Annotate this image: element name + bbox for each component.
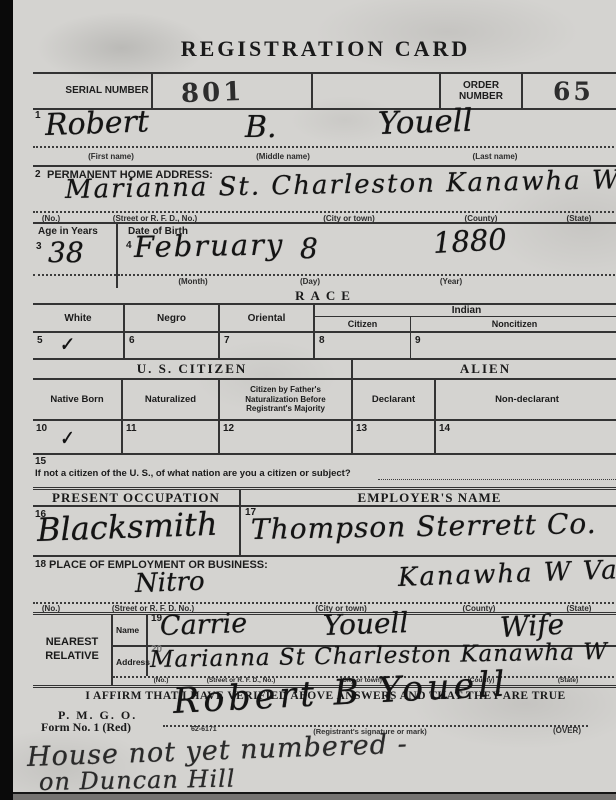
- declarant-cell: 13: [353, 421, 436, 453]
- row-number-1: 1: [35, 110, 41, 121]
- print-code: 62-6171: [191, 726, 217, 733]
- occupation-value-row: 16 Blacksmith 17 Thompson Sterrett Co.: [33, 507, 616, 555]
- native-born-label: Native Born: [33, 380, 123, 419]
- dob-year-value: 1880: [432, 222, 507, 260]
- serial-blank-cell: [313, 74, 441, 108]
- citizenship-headers: U. S. CITIZEN ALIEN: [33, 360, 616, 380]
- race-col-negro: Negro 6: [125, 305, 220, 358]
- employment-city-value: Nitro: [134, 567, 205, 599]
- race-indian-citizen-label: Citizen: [315, 317, 410, 333]
- employment-county-state-value: Kanawha W Va: [397, 555, 616, 593]
- age-value: 38: [48, 236, 84, 269]
- dob-day-value: 8: [300, 232, 318, 265]
- row-number-15: 15: [35, 456, 46, 467]
- relative-address-field-label: Address: [113, 647, 148, 676]
- naturalized-label: Naturalized: [123, 380, 220, 419]
- us-citizen-header: U. S. CITIZEN: [33, 360, 353, 378]
- serial-number-cell: 801: [153, 74, 313, 108]
- first-name-caption: (First name): [88, 152, 134, 161]
- non-declarant-cell: 14: [436, 421, 616, 453]
- race-col-oriental: Oriental 7: [220, 305, 315, 358]
- row-number-9: 9: [415, 335, 421, 346]
- order-number-value: 65: [553, 77, 594, 106]
- citizen-by-father-label: Citizen by Father's Naturalization Befor…: [220, 380, 353, 419]
- order-number-cell: 65: [523, 74, 616, 108]
- race-col-indian: Indian Citizen Noncitizen 8: [315, 305, 616, 358]
- employer-value: Thompson Sterrett Co.: [251, 507, 597, 546]
- employer-cell: 17 Thompson Sterrett Co.: [241, 507, 616, 555]
- row-number-8: 8: [319, 335, 325, 346]
- row-number-10: 10: [36, 423, 47, 434]
- relative-no-caption: (No.): [154, 677, 169, 684]
- occupation-cell: 16 Blacksmith: [33, 507, 241, 555]
- dob-day-caption: (Day): [300, 277, 320, 286]
- race-white-checkmark: ✓: [58, 334, 75, 356]
- race-white-cell: 5 ✓: [33, 333, 123, 358]
- name-row: 1 Robert B. Youell (First name) (Middle …: [33, 110, 616, 165]
- row-number-7: 7: [224, 335, 230, 346]
- nearest-relative-label: NEAREST RELATIVE: [33, 615, 113, 685]
- middle-name-value: B.: [245, 110, 277, 145]
- declarant-label: Declarant: [353, 380, 436, 419]
- row-number-3: 3: [36, 241, 42, 252]
- age-cell: Age in Years 3 38: [33, 224, 118, 288]
- citizen-by-father-cell: 12: [220, 421, 353, 453]
- race-table: White 5 ✓ Negro 6 Oriental 7: [33, 303, 616, 360]
- race-indian-label: Indian: [315, 305, 616, 317]
- row-number-5: 5: [37, 335, 43, 346]
- race-indian-subheads: Citizen Noncitizen: [315, 317, 616, 333]
- race-indian-noncitizen-col: Noncitizen: [411, 317, 616, 333]
- first-name-value: Robert: [44, 104, 149, 143]
- alien-header: ALIEN: [353, 360, 616, 378]
- race-oriental-label: Oriental: [220, 305, 313, 333]
- scan-left-edge: [0, 0, 13, 800]
- race-indian-cells: 8 9: [315, 333, 616, 358]
- occupation-header-row: PRESENT OCCUPATION EMPLOYER'S NAME: [33, 487, 616, 507]
- row-number-6: 6: [129, 335, 135, 346]
- dob-dotted-rule: [118, 274, 616, 276]
- relative-relation-value: Wife: [499, 608, 565, 644]
- race-header: RACE: [33, 288, 616, 303]
- race-white-label: White: [33, 305, 123, 333]
- card-paper: REGISTRATION CARD SERIAL NUMBER 801 ORDE…: [13, 0, 616, 800]
- age-dob-row: Age in Years 3 38 Date of Birth 4 Februa…: [33, 222, 616, 288]
- relative-name-field-label: Name: [113, 615, 148, 645]
- dob-month-caption: (Month): [178, 277, 207, 286]
- home-address-row: 2 PERMANENT HOME ADDRESS: Marianna St. C…: [33, 165, 616, 222]
- occupation-value: Blacksmith: [36, 505, 218, 549]
- naturalized-cell: 11: [123, 421, 220, 453]
- row-number-13: 13: [356, 423, 367, 434]
- scan-bottom-edge: [13, 792, 616, 800]
- last-name-value: Youell: [377, 103, 473, 142]
- middle-name-caption: (Middle name): [256, 152, 310, 161]
- race-indian-citizen-cell: 8: [315, 333, 411, 358]
- registration-card-scan: REGISTRATION CARD SERIAL NUMBER 801 ORDE…: [0, 0, 616, 800]
- row-number-14: 14: [439, 423, 450, 434]
- handwritten-note: House not yet numbered - on Duncan Hill: [33, 742, 616, 792]
- present-occupation-header: PRESENT OCCUPATION: [33, 490, 241, 505]
- dob-cell: Date of Birth 4 February 8 1880 (Month) …: [118, 224, 616, 288]
- home-address-dotted-rule: [33, 211, 616, 213]
- last-name-caption: (Last name): [473, 152, 518, 161]
- relative-last-name-value: Youell: [322, 606, 409, 642]
- question-15-text: If not a citizen of the U. S., of what n…: [35, 468, 351, 479]
- race-indian-noncitizen-cell: 9: [411, 333, 616, 358]
- dob-year-caption: (Year): [440, 277, 462, 286]
- card-content: REGISTRATION CARD SERIAL NUMBER 801 ORDE…: [33, 0, 616, 800]
- employment-place-row: 18 PLACE OF EMPLOYMENT OR BUSINESS: Nitr…: [33, 555, 616, 612]
- age-dotted-rule: [33, 274, 116, 276]
- row-number-2: 2: [35, 169, 41, 180]
- dob-month-value: February: [134, 227, 285, 264]
- native-born-cell: 10 ✓: [33, 421, 123, 453]
- citizenship-table: U. S. CITIZEN ALIEN Native Born Naturali…: [33, 360, 616, 455]
- row-number-18: 18: [35, 559, 46, 570]
- non-declarant-label: Non-declarant: [436, 380, 616, 419]
- serial-number-label: SERIAL NUMBER: [33, 74, 153, 108]
- race-indian-noncitizen-label: Noncitizen: [411, 317, 616, 333]
- race-indian-citizen-col: Citizen: [315, 317, 411, 333]
- row-number-12: 12: [223, 423, 234, 434]
- race-negro-label: Negro: [125, 305, 218, 333]
- name-dotted-rule: [33, 146, 616, 148]
- serial-number-value: 801: [180, 77, 244, 109]
- relative-state-caption: (State): [558, 677, 578, 684]
- row-number-11: 11: [126, 423, 137, 434]
- relative-first-name-value: Carrie: [159, 608, 247, 642]
- form-number-text: Form No. 1 (Red): [41, 720, 131, 735]
- employers-name-header: EMPLOYER'S NAME: [241, 490, 616, 505]
- race-col-white: White 5 ✓: [33, 305, 125, 358]
- serial-order-row: SERIAL NUMBER 801 ORDER NUMBER 65: [33, 72, 616, 110]
- row-number-4: 4: [126, 240, 132, 251]
- race-oriental-cell: 7: [220, 333, 313, 358]
- native-born-checkmark: ✓: [57, 428, 75, 451]
- over-caption: (OVER): [553, 726, 581, 735]
- question-15-row: 15 If not a citizen of the U. S., of wha…: [33, 455, 616, 487]
- card-title: REGISTRATION CARD: [33, 36, 616, 62]
- race-negro-cell: 6: [125, 333, 218, 358]
- citizenship-cells: 10 ✓ 11 12 13 14: [33, 421, 616, 453]
- citizenship-columns: Native Born Naturalized Citizen by Fathe…: [33, 380, 616, 421]
- question-15-dotted-rule: [378, 479, 616, 480]
